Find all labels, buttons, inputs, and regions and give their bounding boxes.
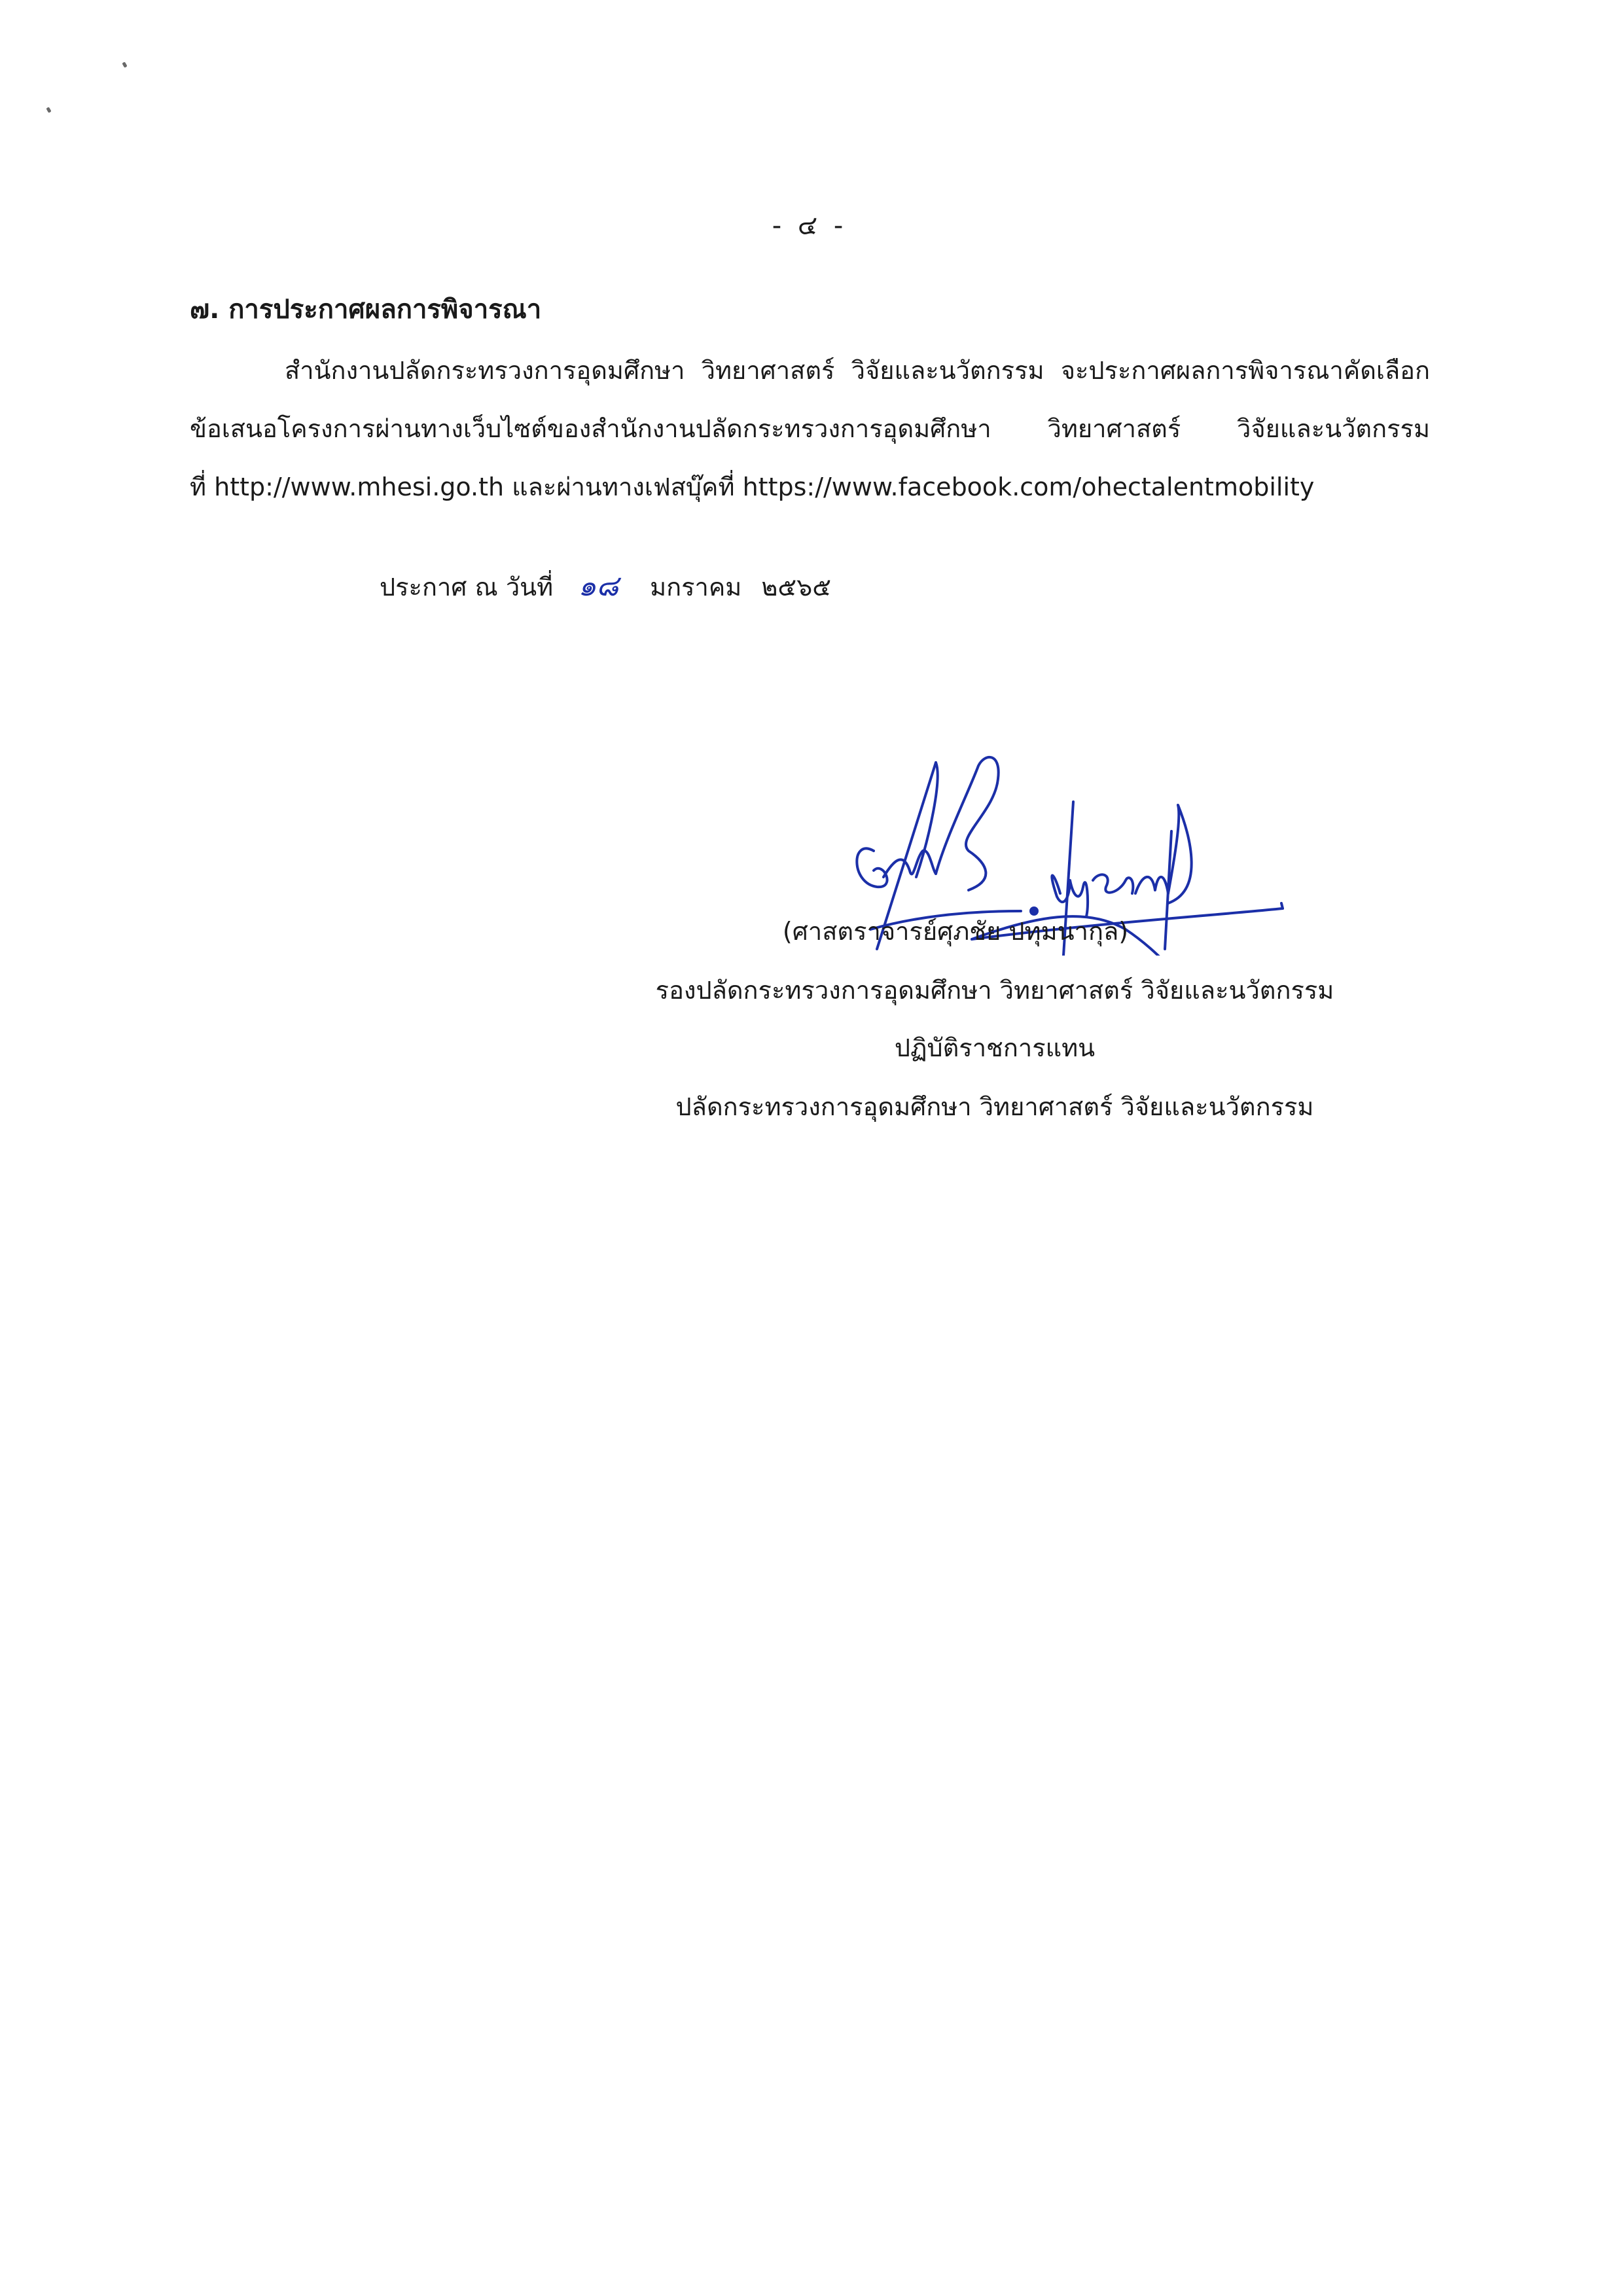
scan-speck — [46, 107, 51, 113]
document-page: - ๔ - ๗. การประกาศผลการพิจารณา สำนักงานป… — [0, 0, 1623, 2296]
section-paragraph: สำนักงานปลัดกระทรวงการอุดมศึกษา วิทยาศาส… — [190, 342, 1430, 516]
paragraph-line-with-links: ที่ http://www.mhesi.go.th และผ่านทางเฟส… — [190, 458, 1430, 516]
paragraph-line: สำนักงานปลัดกระทรวงการอุดมศึกษา วิทยาศาส… — [190, 342, 1430, 400]
signatory-principal-title: ปลัดกระทรวงการอุดมศึกษา วิทยาศาสตร์ วิจั… — [615, 1086, 1374, 1126]
date-year: ๒๕๖๕ — [761, 567, 831, 607]
section-heading: ๗. การประกาศผลการพิจารณา — [190, 288, 541, 330]
paragraph-line: ข้อเสนอโครงการผ่านทางเว็บไซต์ของสำนักงาน… — [190, 400, 1430, 458]
date-prefix: ประกาศ ณ วันที่ — [380, 567, 553, 607]
page-number: - ๔ - — [0, 204, 1621, 246]
date-day-handwritten: ๑๘ — [578, 563, 618, 609]
signatory-title: รองปลัดกระทรวงการอุดมศึกษา วิทยาศาสตร์ ว… — [615, 970, 1374, 1010]
signatory-name: (ศาสตราจารย์ศุภชัย ปทุมนากุล) — [661, 911, 1250, 951]
date-month: มกราคม — [650, 567, 741, 607]
scan-speck — [122, 62, 127, 67]
announcement-date: ประกาศ ณ วันที่๑๘มกราคม๒๕๖๕ — [380, 563, 831, 609]
signatory-acting-on-behalf: ปฏิบัติราชการแทน — [615, 1028, 1374, 1067]
